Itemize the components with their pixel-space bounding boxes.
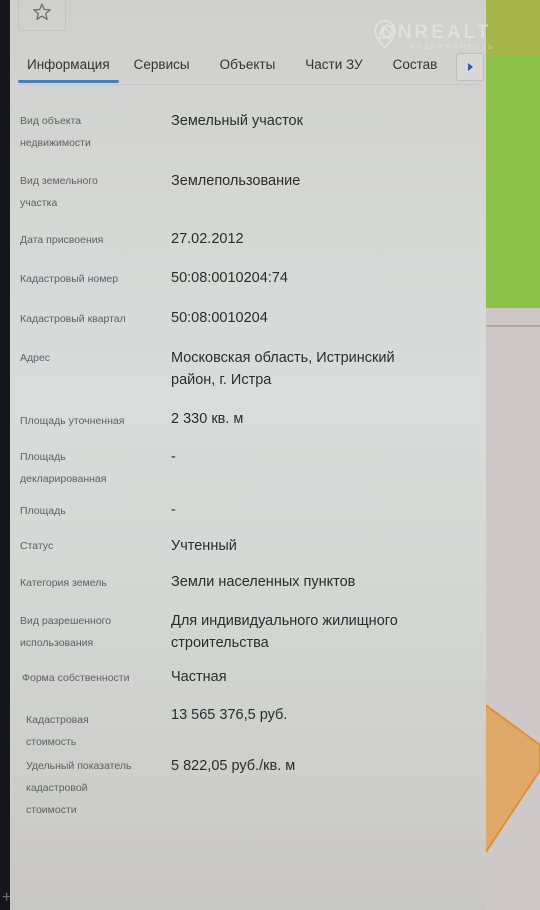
info-label-line: Кадастровый квартал	[20, 308, 160, 330]
tab-information[interactable]: Информация	[27, 51, 110, 83]
info-value: 5 822,05 руб./кв. м	[171, 755, 441, 777]
info-value: Земельный участок	[171, 110, 441, 132]
info-label: Дата присвоения	[20, 229, 160, 251]
left-bezel: +	[0, 0, 10, 910]
info-label-line: Дата присвоения	[20, 229, 160, 251]
info-label: Форма собственности	[22, 667, 162, 689]
info-value: Для индивидуального жилищногостроительст…	[171, 610, 441, 654]
info-label-line: стоимость	[26, 731, 166, 753]
info-label: Вид разрешенногоиспользования	[20, 610, 160, 654]
info-label: Площадьдекларированная	[20, 446, 160, 490]
info-label-line: Форма собственности	[22, 667, 162, 689]
info-value-line: 27.02.2012	[171, 228, 441, 250]
chevron-right-icon	[468, 63, 473, 71]
screen: + ONREALT НЕДВИЖИМОСТЬ Информация Се	[0, 0, 540, 910]
info-value-line: -	[171, 499, 441, 521]
info-value: 27.02.2012	[171, 228, 441, 250]
info-label-line: недвижимости	[20, 132, 160, 154]
info-label: Удельный показателькадастровойстоимости	[26, 755, 166, 821]
info-value: Земли населенных пунктов	[171, 571, 441, 593]
info-value: -	[171, 446, 441, 468]
info-label-line: Вид объекта	[20, 110, 160, 132]
tab-bar: Информация Сервисы Объекты Части ЗУ Сост…	[18, 50, 478, 85]
info-label-line: Категория земель	[20, 572, 160, 594]
info-value-line: 50:08:0010204:74	[171, 267, 441, 289]
info-label-line: Адрес	[20, 347, 160, 369]
info-value-line: Землепользование	[171, 170, 441, 192]
info-value: Учтенный	[171, 535, 441, 557]
info-label: Кадастровый квартал	[20, 308, 160, 330]
info-label-line: Статус	[20, 535, 160, 557]
info-value-line: Учтенный	[171, 535, 441, 557]
tabs-next-button[interactable]	[456, 53, 484, 81]
info-value-line: -	[171, 446, 441, 468]
watermark-brand: ONREALT	[380, 22, 491, 44]
info-value: Землепользование	[171, 170, 441, 192]
favorite-button[interactable]	[18, 0, 66, 31]
info-label-line: Площадь	[20, 500, 160, 522]
panel-header: ONREALT НЕДВИЖИМОСТЬ Информация Сервисы …	[10, 0, 486, 90]
info-label-line: Удельный показатель	[26, 755, 166, 777]
info-value-line: Для индивидуального жилищного	[171, 610, 441, 632]
info-value-line: строительства	[171, 632, 441, 654]
info-label-line: Площадь	[20, 446, 160, 468]
info-label-line: Кадастровая	[26, 709, 166, 731]
info-label-line: использования	[20, 632, 160, 654]
info-label: Категория земель	[20, 572, 160, 594]
info-label-line: участка	[20, 192, 160, 214]
info-value: 50:08:0010204:74	[171, 267, 441, 289]
tab-objects[interactable]: Объекты	[220, 51, 276, 83]
info-value: 2 330 кв. м	[171, 408, 441, 430]
info-value-line: 50:08:0010204	[171, 307, 441, 329]
tab-composition[interactable]: Состав	[393, 51, 438, 83]
info-label-line: стоимости	[26, 799, 166, 821]
info-value: Московская область, Истринскийрайон, г. …	[171, 347, 441, 391]
info-label: Площадь	[20, 500, 160, 522]
info-value-line: 13 565 376,5 руб.	[171, 704, 441, 726]
tab-services[interactable]: Сервисы	[134, 51, 190, 83]
info-label-line: декларированная	[20, 468, 160, 490]
info-label: Площадь уточненная	[20, 410, 160, 432]
tab-land-parts[interactable]: Части ЗУ	[305, 51, 362, 83]
info-value-line: 5 822,05 руб./кв. м	[171, 755, 441, 777]
info-label: Адрес	[20, 347, 160, 369]
info-value-line: Московская область, Истринский	[171, 347, 441, 369]
map-boundary-line	[485, 325, 540, 327]
star-icon	[32, 2, 52, 22]
info-value-line: район, г. Истра	[171, 369, 441, 391]
info-label-line: Площадь уточненная	[20, 410, 160, 432]
info-label: Кадастровый номер	[20, 268, 160, 290]
info-value-line: Земли населенных пунктов	[171, 571, 441, 593]
info-value: Частная	[171, 666, 441, 688]
info-label-line: Вид земельного	[20, 170, 160, 192]
info-value: 50:08:0010204	[171, 307, 441, 329]
info-value-line: Частная	[171, 666, 441, 688]
info-value: -	[171, 499, 441, 521]
info-label: Вид объектанедвижимости	[20, 110, 160, 154]
info-label-line: Кадастровый номер	[20, 268, 160, 290]
info-value: 13 565 376,5 руб.	[171, 704, 441, 726]
info-panel: ONREALT НЕДВИЖИМОСТЬ Информация Сервисы …	[10, 0, 486, 910]
info-label-line: Вид разрешенного	[20, 610, 160, 632]
info-value-line: Земельный участок	[171, 110, 441, 132]
info-label-line: кадастровой	[26, 777, 166, 799]
info-label: Статус	[20, 535, 160, 557]
info-label: Вид земельногоучастка	[20, 170, 160, 214]
info-label: Кадастроваястоимость	[26, 709, 166, 753]
info-value-line: 2 330 кв. м	[171, 408, 441, 430]
